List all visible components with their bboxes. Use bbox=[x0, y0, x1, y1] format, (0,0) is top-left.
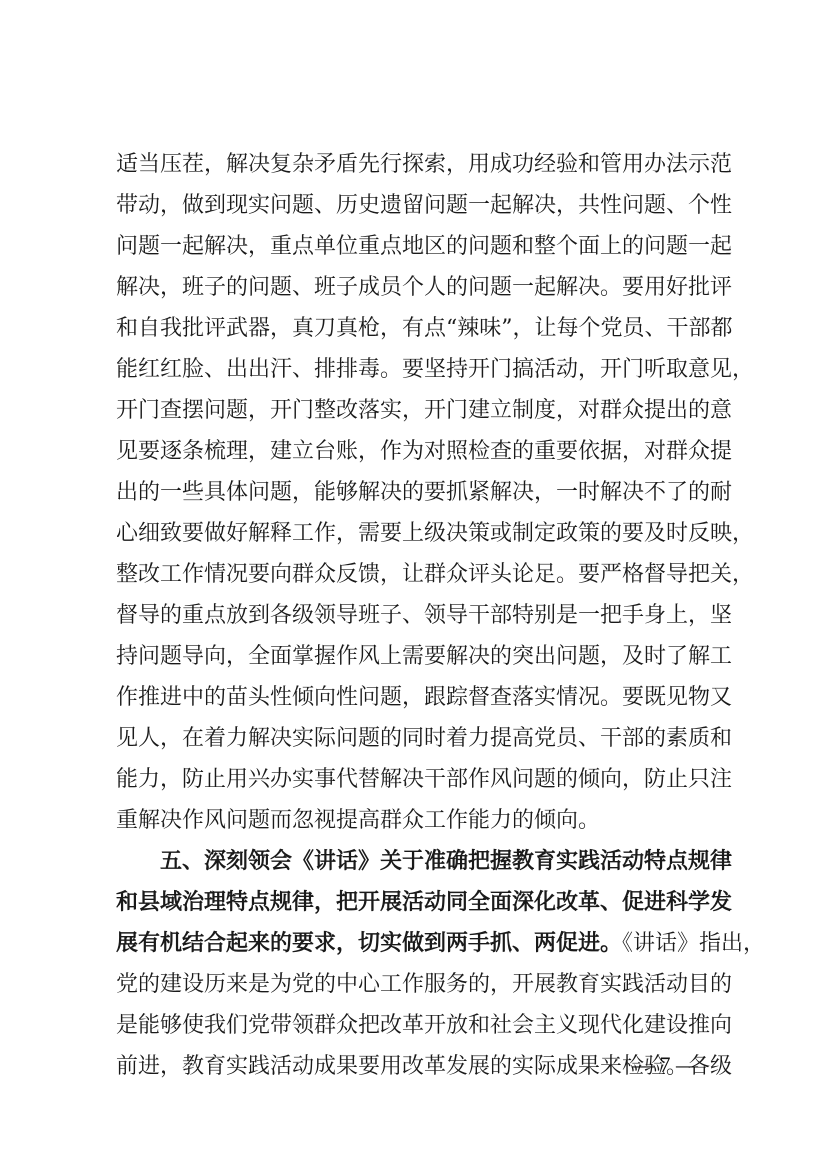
paragraph-1-line-4: 解决，班子的问题、班子成员个人的问题一起解决。要用好批评 bbox=[116, 273, 728, 314]
paragraph-1-line-3: 问题一起解决，重点单位重点地区的问题和整个面上的问题一起 bbox=[116, 232, 728, 273]
paragraph-1-line-16: 能力，防止用兴办实事代替解决干部作风问题的倾向，防止只注 bbox=[116, 765, 728, 806]
section-5-heading-line-3-bold: 展有机结合起来的要求，切实做到两手抓、两促进。 bbox=[116, 931, 622, 956]
paragraph-1-line-14: 作推进中的苗头性倾向性问题，跟踪督查落实情况。要既见物又 bbox=[116, 683, 728, 724]
section-5-heading-line-3: 展有机结合起来的要求，切实做到两手抓、两促进。《讲话》指出， bbox=[116, 929, 728, 970]
paragraph-1-line-10: 心细致要做好解释工作，需要上级决策或制定政策的要及时反映， bbox=[116, 519, 728, 560]
page-number: — 7 — bbox=[632, 1050, 732, 1080]
paragraph-1-line-11: 整改工作情况要向群众反馈，让群众评头论足。要严格督导把关， bbox=[116, 560, 728, 601]
paragraph-1-line-1: 适当压茬，解决复杂矛盾先行探索，用成功经验和管用办法示范 bbox=[116, 150, 728, 191]
paragraph-1-line-17: 重解决作风问题而忽视提高群众工作能力的倾向。 bbox=[116, 806, 728, 847]
paragraph-1-line-7: 开门查摆问题，开门整改落实，开门建立制度，对群众提出的意 bbox=[116, 396, 728, 437]
paragraph-1-line-2: 带动，做到现实问题、历史遗留问题一起解决，共性问题、个性 bbox=[116, 191, 728, 232]
document-page: 适当压茬，解决复杂矛盾先行探索，用成功经验和管用办法示范 带动，做到现实问题、历… bbox=[0, 0, 827, 1169]
paragraph-1-line-5: 和自我批评武器，真刀真枪，有点“辣味”，让每个党员、干部都 bbox=[116, 314, 728, 355]
section-5-body-line-1: 党的建设历来是为党的中心工作服务的，开展教育实践活动目的 bbox=[116, 970, 728, 1011]
section-5-line-3-tail: 《讲话》指出， bbox=[622, 931, 765, 956]
section-5-body-line-2: 是能够使我们党带领群众把改革开放和社会主义现代化建设推向 bbox=[116, 1011, 728, 1052]
paragraph-1-line-15: 见人，在着力解决实际问题的同时着力提高党员、干部的素质和 bbox=[116, 724, 728, 765]
section-5-heading-line-1: 五、深刻领会《讲话》关于准确把握教育实践活动特点规律 bbox=[116, 847, 728, 888]
paragraph-1-line-9: 出的一些具体问题，能够解决的要抓紧解决，一时解决不了的耐 bbox=[116, 478, 728, 519]
paragraph-1-line-6: 能红红脸、出出汗、排排毒。要坚持开门搞活动，开门听取意见， bbox=[116, 355, 728, 396]
paragraph-1-line-8: 见要逐条梳理，建立台账，作为对照检查的重要依据，对群众提 bbox=[116, 437, 728, 478]
paragraph-1-line-12: 督导的重点放到各级领导班子、领导干部特别是一把手身上，坚 bbox=[116, 601, 728, 642]
paragraph-1-line-13: 持问题导向，全面掌握作风上需要解决的突出问题，及时了解工 bbox=[116, 642, 728, 683]
body-text: 适当压茬，解决复杂矛盾先行探索，用成功经验和管用办法示范 带动，做到现实问题、历… bbox=[116, 150, 728, 1093]
section-5-heading-line-2: 和县域治理特点规律，把开展活动同全面深化改革、促进科学发 bbox=[116, 888, 728, 929]
